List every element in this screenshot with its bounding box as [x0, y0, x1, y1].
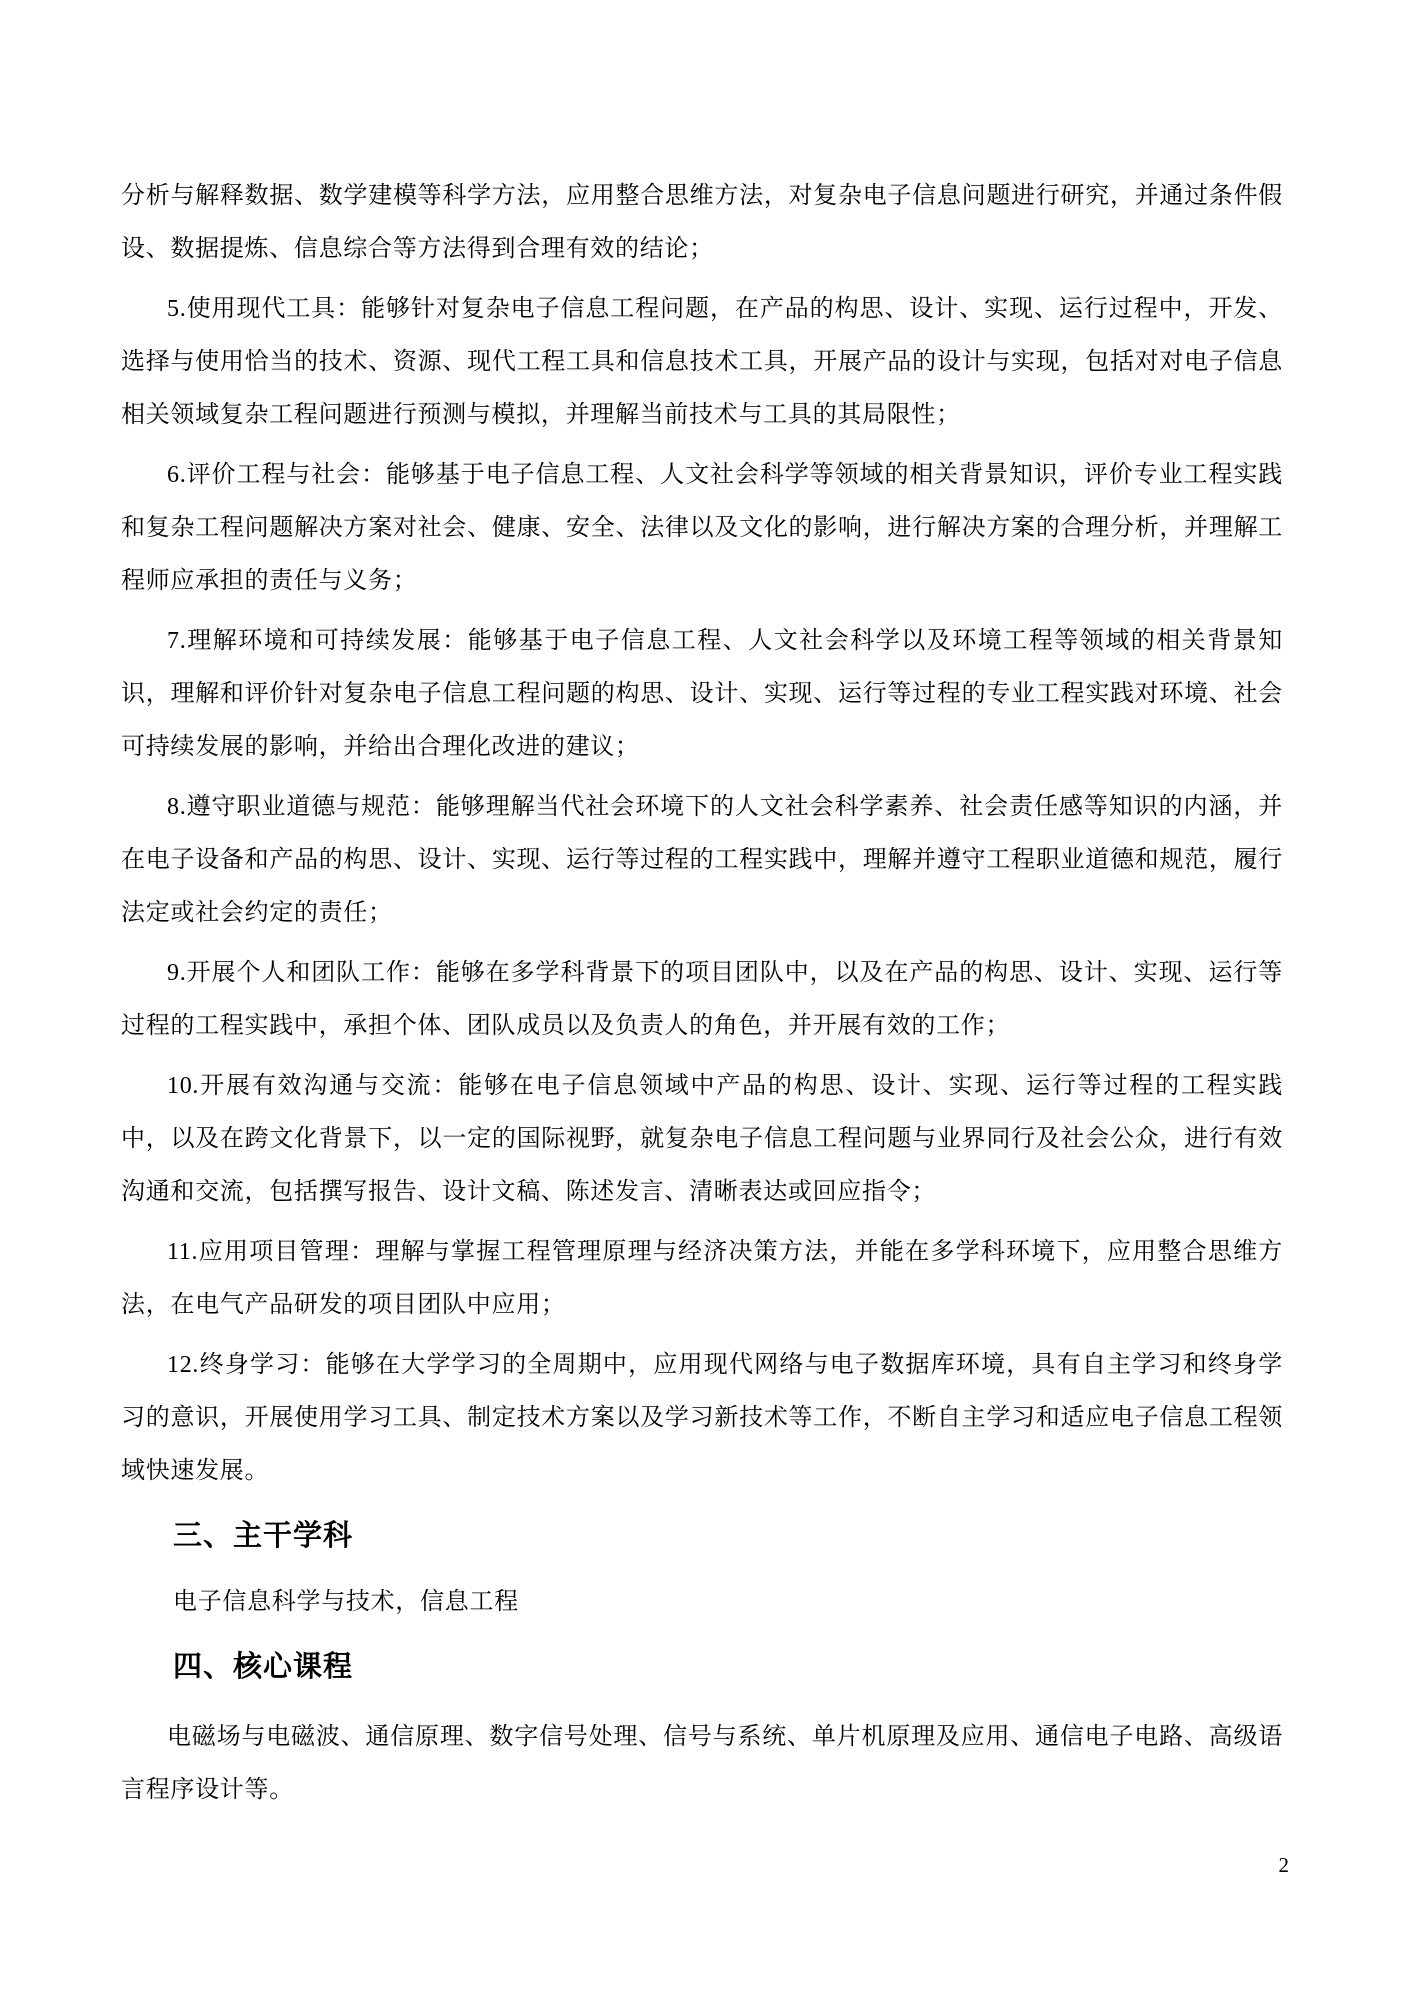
requirement-item-12: 12.终身学习：能够在大学学习的全周期中，应用现代网络与电子数据库环境，具有自主…: [121, 1339, 1283, 1498]
paragraph-continuation: 分析与解释数据、数学建模等科学方法，应用整合思维方法，对复杂电子信息问题进行研究…: [121, 170, 1283, 276]
section-heading-core-courses: 四、核心课程: [121, 1641, 1283, 1694]
requirement-item-6: 6.评价工程与社会：能够基于电子信息工程、人文社会科学等领域的相关背景知识，评价…: [121, 449, 1283, 608]
section-heading-main-disciplines: 三、主干学科: [121, 1510, 1283, 1563]
requirement-item-5: 5.使用现代工具：能够针对复杂电子信息工程问题，在产品的构思、设计、实现、运行过…: [121, 283, 1283, 442]
requirement-item-10: 10.开展有效沟通与交流：能够在电子信息领域中产品的构思、设计、实现、运行等过程…: [121, 1060, 1283, 1219]
requirement-item-8: 8.遵守职业道德与规范：能够理解当代社会环境下的人文社会科学素养、社会责任感等知…: [121, 781, 1283, 940]
requirement-item-9: 9.开展个人和团队工作：能够在多学科背景下的项目团队中，以及在产品的构思、设计、…: [121, 947, 1283, 1053]
main-disciplines-text: 电子信息科学与技术，信息工程: [121, 1576, 1283, 1629]
requirement-item-11: 11.应用项目管理：理解与掌握工程管理原理与经济决策方法，并能在多学科环境下，应…: [121, 1226, 1283, 1332]
core-courses-text: 电磁场与电磁波、通信原理、数字信号处理、信号与系统、单片机原理及应用、通信电子电…: [121, 1711, 1283, 1817]
document-page: 分析与解释数据、数学建模等科学方法，应用整合思维方法，对复杂电子信息问题进行研究…: [0, 0, 1411, 1995]
document-body: 分析与解释数据、数学建模等科学方法，应用整合思维方法，对复杂电子信息问题进行研究…: [121, 170, 1283, 1817]
requirement-item-7: 7.理解环境和可持续发展：能够基于电子信息工程、人文社会科学以及环境工程等领域的…: [121, 615, 1283, 774]
page-number: 2: [121, 1852, 1289, 1878]
